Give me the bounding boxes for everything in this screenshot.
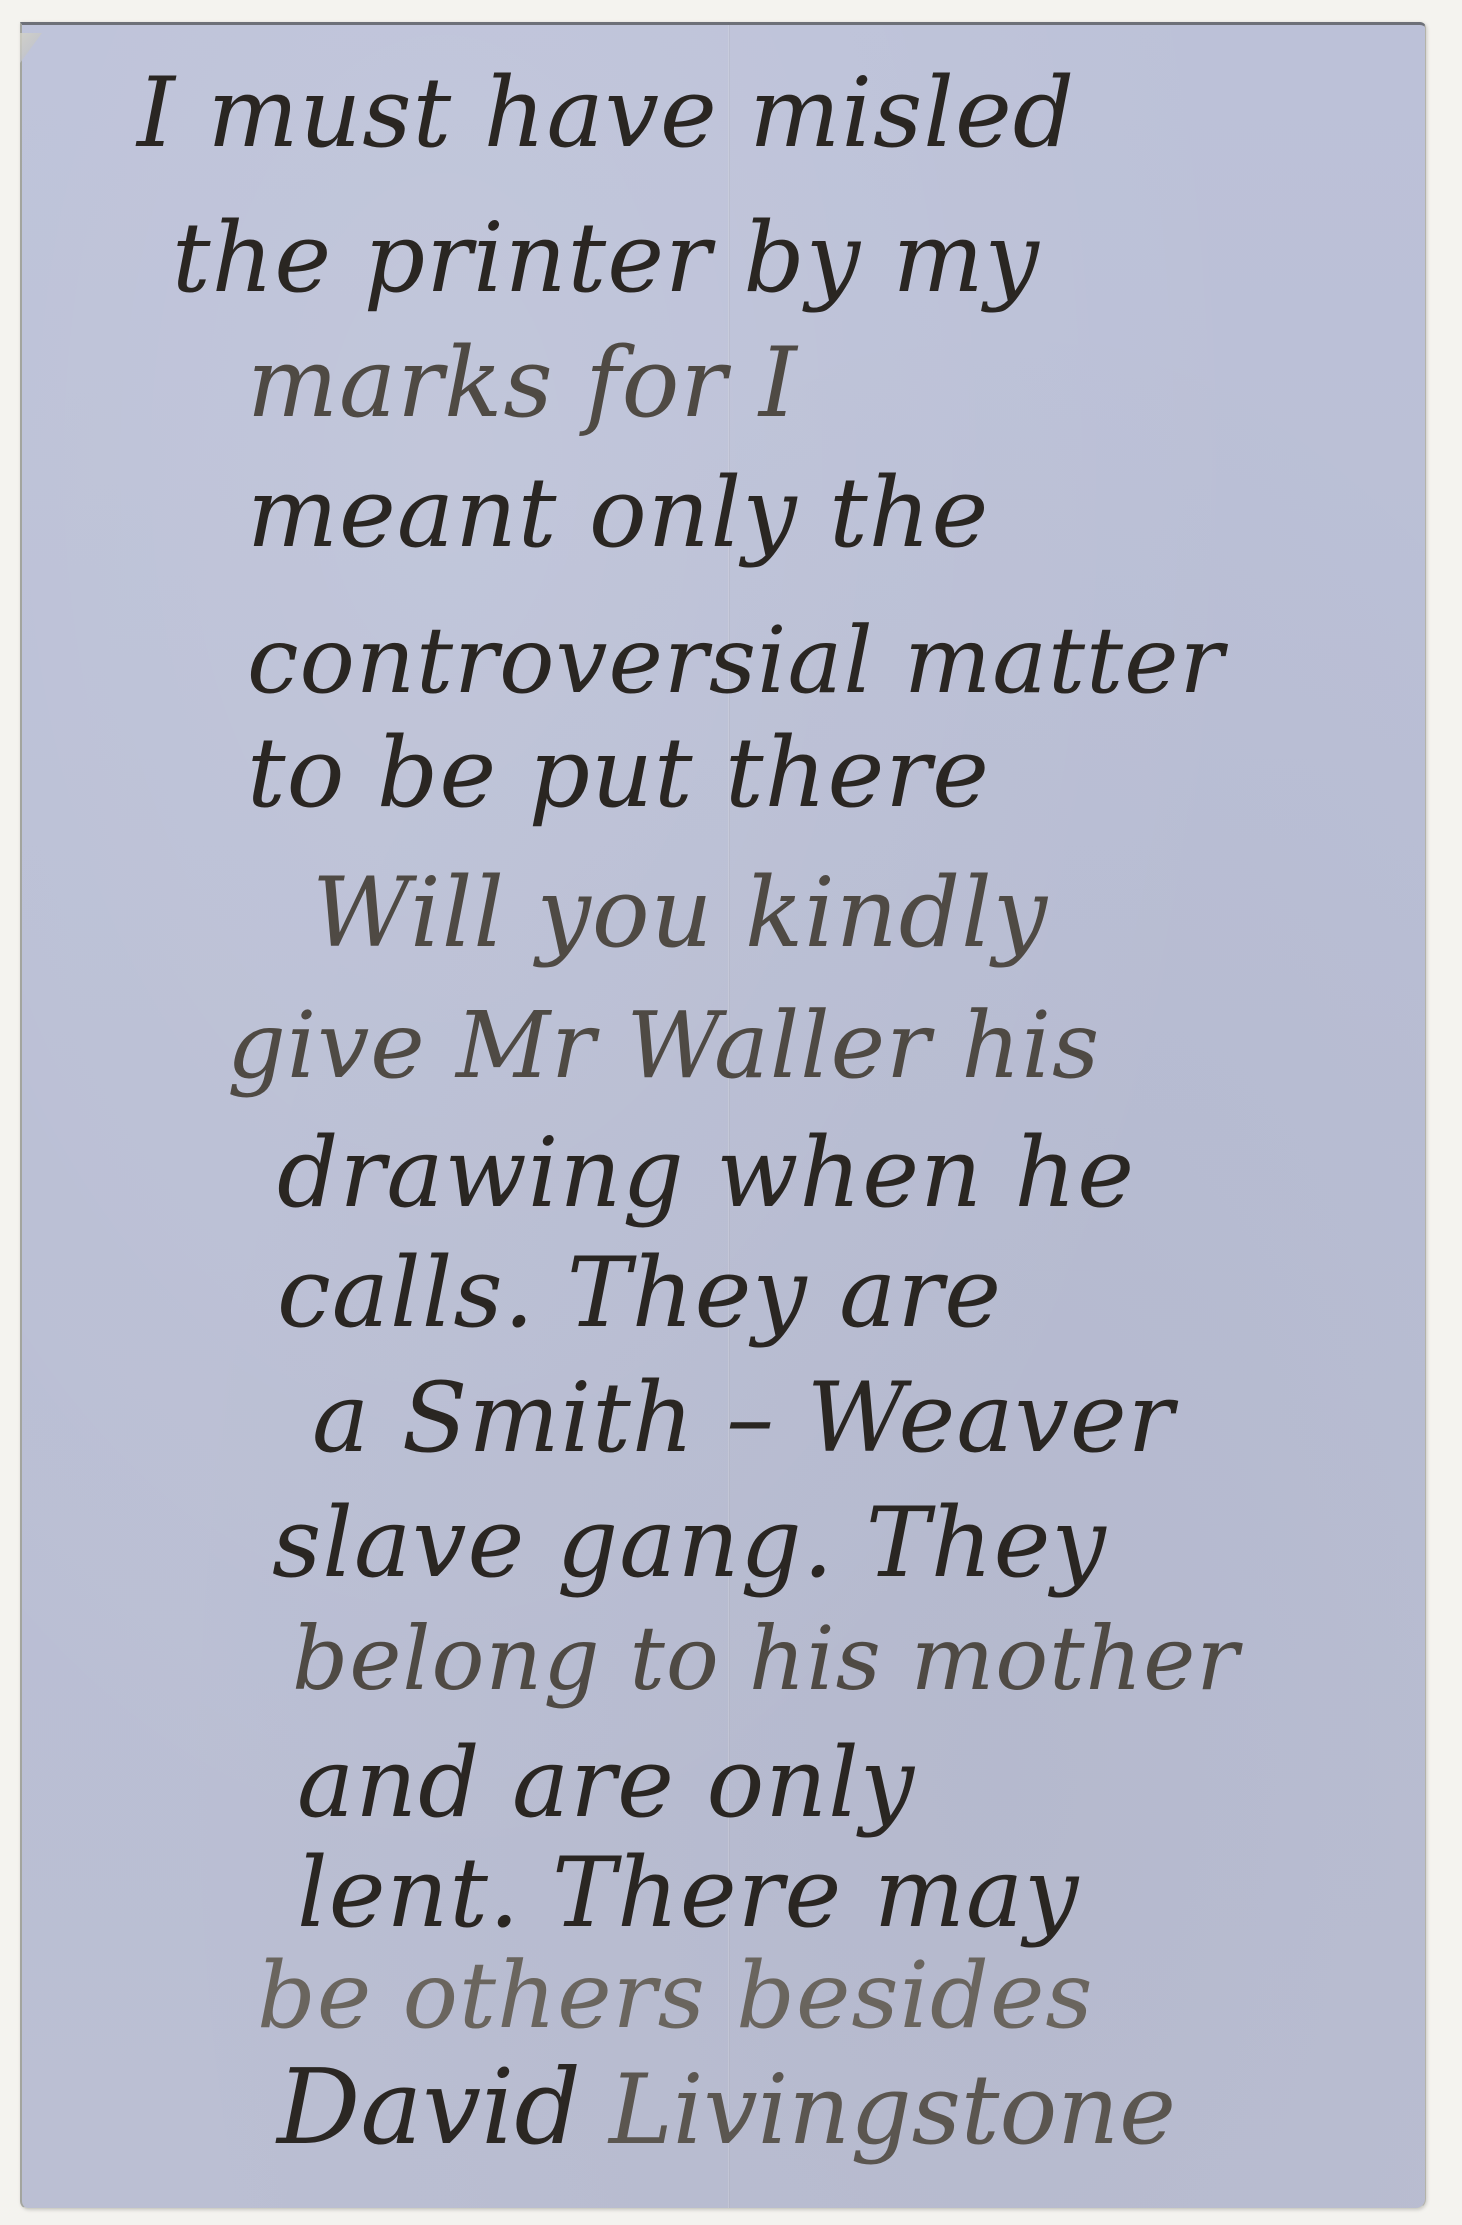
letter-line-7: Will you kindly — [312, 865, 1048, 961]
signature-first-name: David — [277, 2046, 581, 2168]
letter-line-10: calls. They are — [277, 1245, 1002, 1341]
letter-line-14: and are only — [297, 1735, 915, 1831]
letter-line-13: belong to his mother — [292, 1615, 1239, 1703]
letter-line-9: drawing when he — [277, 1125, 1135, 1221]
letter-line-3: marks for I — [247, 335, 798, 431]
folded-corner — [20, 33, 42, 63]
letter-line-16: be others besides — [257, 1950, 1094, 2042]
letter-line-6: to be put there — [247, 725, 990, 821]
letter-line-5: controversial matter — [247, 615, 1225, 707]
letter-line-11: a Smith – Weaver — [312, 1370, 1175, 1466]
signature-last-name: Livingstone — [609, 2054, 1176, 2166]
letter-line-12: slave gang. They — [272, 1495, 1107, 1591]
letter-line-15: lent. There may — [297, 1845, 1079, 1941]
letter-line-1: I must have misled — [137, 65, 1075, 161]
letter-line-2: the printer by my — [172, 210, 1040, 306]
signature: DavidLivingstone — [277, 2055, 1176, 2159]
letter-page: I must have misled the printer by my mar… — [20, 22, 1426, 2209]
letter-line-8: give Mr Waller his — [227, 1000, 1100, 1092]
letter-line-4: meant only the — [247, 465, 989, 561]
